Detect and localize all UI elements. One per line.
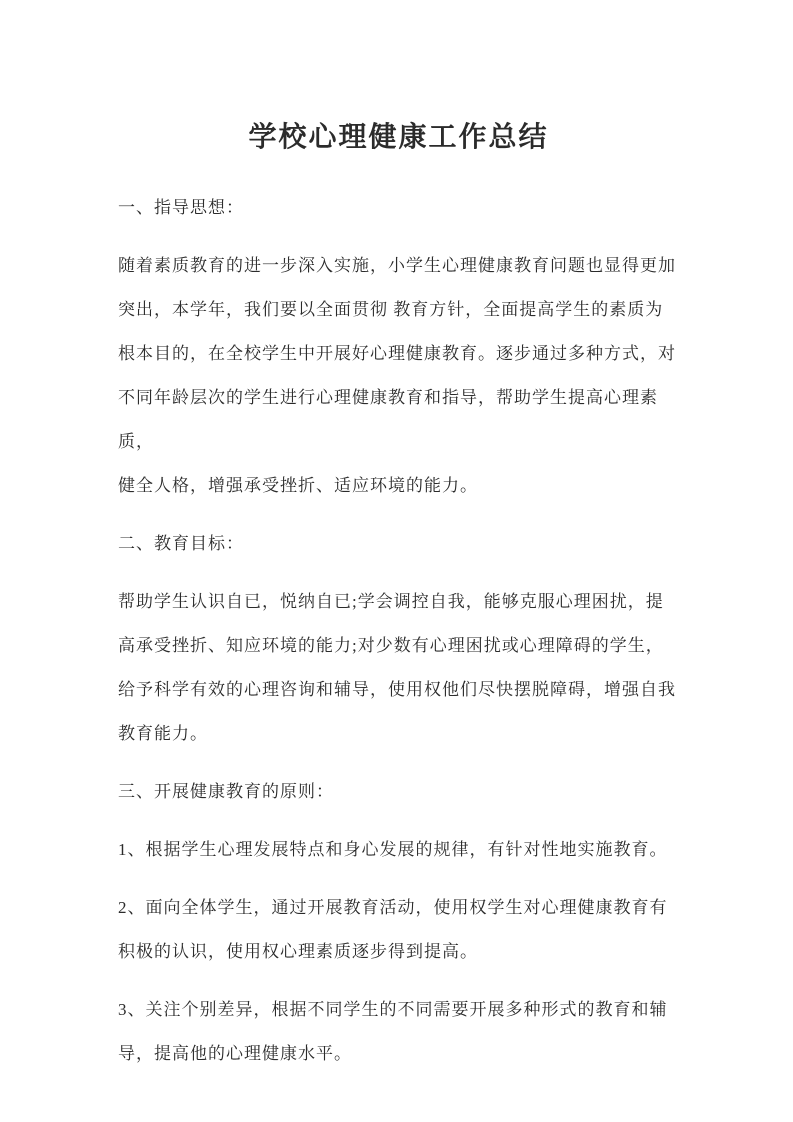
document-page: 学校心理健康工作总结 一、指导思想： 随着素质教育的进一步深入实施，小学生心理健…: [0, 0, 793, 1122]
principle-item-2: 2、面向全体学生，通过开展教育活动，使用权学生对心理健康教育有 积极的认识，使用…: [118, 886, 679, 974]
document-title: 学校心理健康工作总结: [118, 118, 679, 158]
section-heading-2: 二、教育目标：: [118, 522, 679, 566]
section-heading-1: 一、指导思想：: [118, 186, 679, 230]
paragraph-education-goals: 帮助学生认识自已，悦纳自已;学会调控自我，能够克服心理困扰，提 高承受挫折、知应…: [118, 580, 679, 756]
principle-item-3: 3、关注个别差异，根据不同学生的不同需要开展多种形式的教育和辅 导，提高他的心理…: [118, 988, 679, 1076]
principle-item-1: 1、根据学生心理发展特点和身心发展的规律，有针对性地实施教育。: [118, 828, 679, 872]
paragraph-guiding-ideology: 随着素质教育的进一步深入实施，小学生心理健康教育问题也显得更加 突出，本学年，我…: [118, 244, 679, 508]
section-heading-3: 三、开展健康教育的原则：: [118, 770, 679, 814]
